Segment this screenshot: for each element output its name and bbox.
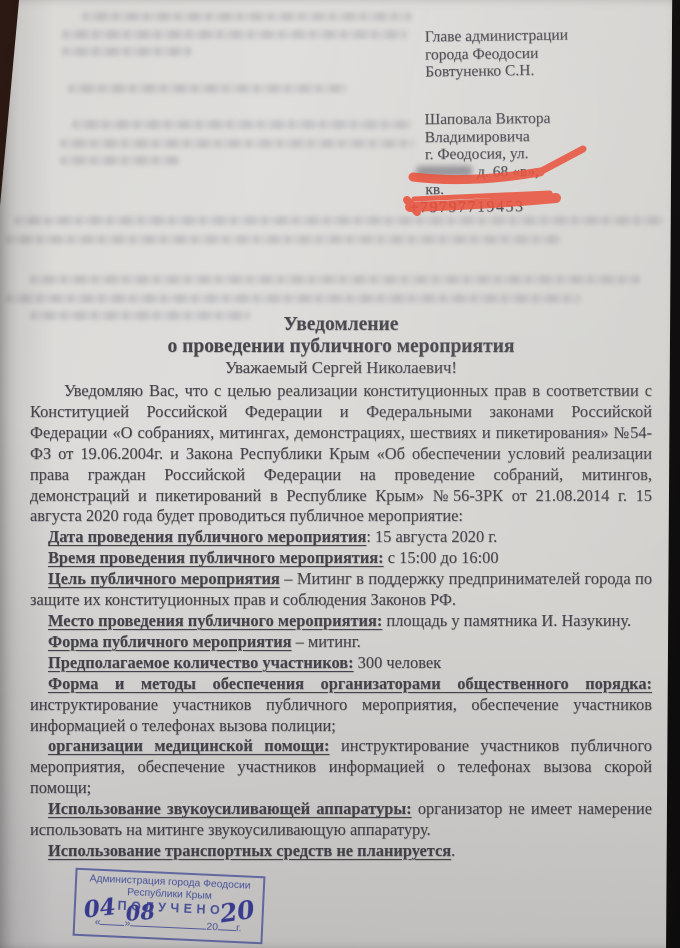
house-number: д. 68 «в», xyxy=(477,163,539,181)
field-label: Использование звукоусиливающей аппаратур… xyxy=(48,799,412,818)
bleedthrough-line xyxy=(62,47,192,56)
field-purpose: Цель публичного мероприятия – Митинг в п… xyxy=(30,569,652,611)
field-label: организации медицинской помощи: xyxy=(48,736,329,755)
bleedthrough-line xyxy=(62,30,407,39)
field-label: Форма публичного мероприятия xyxy=(48,632,292,651)
applicant-block: Шаповала Виктора Владимировича г. Феодос… xyxy=(424,109,650,217)
document-subtitle: о проведении публичного мероприятия xyxy=(30,336,652,358)
field-participants: Предполагаемое количество участников: 30… xyxy=(30,653,652,674)
applicant-phone: +79797719453 xyxy=(409,197,650,217)
field-value: . xyxy=(451,841,455,860)
field-value: инструктирование участников публичного м… xyxy=(30,695,652,735)
field-place: Место проведения публичного мероприятия:… xyxy=(30,611,652,632)
notification-body: Уведомление о проведении публичного меро… xyxy=(30,314,652,862)
redacted-street-name xyxy=(416,165,472,177)
field-public-order: Форма и методы обеспечения организаторам… xyxy=(30,674,652,737)
handwritten-day: 04 xyxy=(82,893,117,923)
bleedthrough-line xyxy=(72,120,412,129)
bleedthrough-line xyxy=(6,294,581,303)
field-value: митинг. xyxy=(308,632,361,651)
recipient-block: Главе администрации города Феодосии Бовт… xyxy=(425,26,641,82)
field-label: Дата проведения публичного мероприятия xyxy=(48,527,366,546)
field-value: 15 августа 2020 г. xyxy=(375,527,497,546)
field-sound-equipment: Использование звукоусиливающей аппаратур… xyxy=(30,799,652,841)
bleedthrough-line xyxy=(60,139,415,148)
intro-paragraph: Уведомляю Вас, что с целью реализации ко… xyxy=(30,381,652,527)
field-date: Дата проведения публичного мероприятия: … xyxy=(30,527,652,548)
field-value: площадь у памятника И. Назукину. xyxy=(386,611,631,630)
salutation: Уважаемый Сергей Николаевич! xyxy=(30,358,652,378)
field-label: Время проведения публичного мероприятия: xyxy=(48,548,384,567)
handwritten-month: 08 xyxy=(125,899,156,926)
field-label: Место проведения публичного мероприятия: xyxy=(48,611,382,630)
bleedthrough-line xyxy=(30,275,640,284)
field-label: Использование транспортных средств не пл… xyxy=(48,841,451,860)
bleedthrough-line xyxy=(60,156,180,165)
field-label: Форма и методы обеспечения организаторам… xyxy=(48,674,652,693)
bleedthrough-line xyxy=(68,84,348,93)
handwritten-year: 20 xyxy=(218,895,257,929)
bleedthrough-line xyxy=(14,216,664,225)
bleedthrough-line xyxy=(6,235,561,244)
field-medical: организации медицинской помощи: инструкт… xyxy=(30,736,652,799)
bleedthrough-line xyxy=(82,12,412,21)
document-photo: Главе администрации города Феодосии Бовт… xyxy=(0,0,680,948)
stamp-year-prefix: 20 xyxy=(206,920,218,933)
field-value: 300 человек xyxy=(358,653,441,672)
field-value: с 15:00 до 16:00 xyxy=(388,548,499,567)
received-stamp: Администрация города Феодосии Республики… xyxy=(73,868,266,945)
field-transport: Использование транспортных средств не пл… xyxy=(30,841,652,862)
field-time: Время проведения публичного мероприятия:… xyxy=(30,548,652,569)
field-label: Предполагаемое количество участников: xyxy=(48,653,354,672)
field-label: Цель публичного мероприятия xyxy=(48,569,280,588)
field-form: Форма публичного мероприятия – митинг. xyxy=(30,632,652,653)
recipient-line: Бовтуненко С.Н. xyxy=(425,61,640,82)
paper-sheet: Главе администрации города Феодосии Бовт… xyxy=(0,0,680,948)
document-title: Уведомление xyxy=(30,314,652,336)
